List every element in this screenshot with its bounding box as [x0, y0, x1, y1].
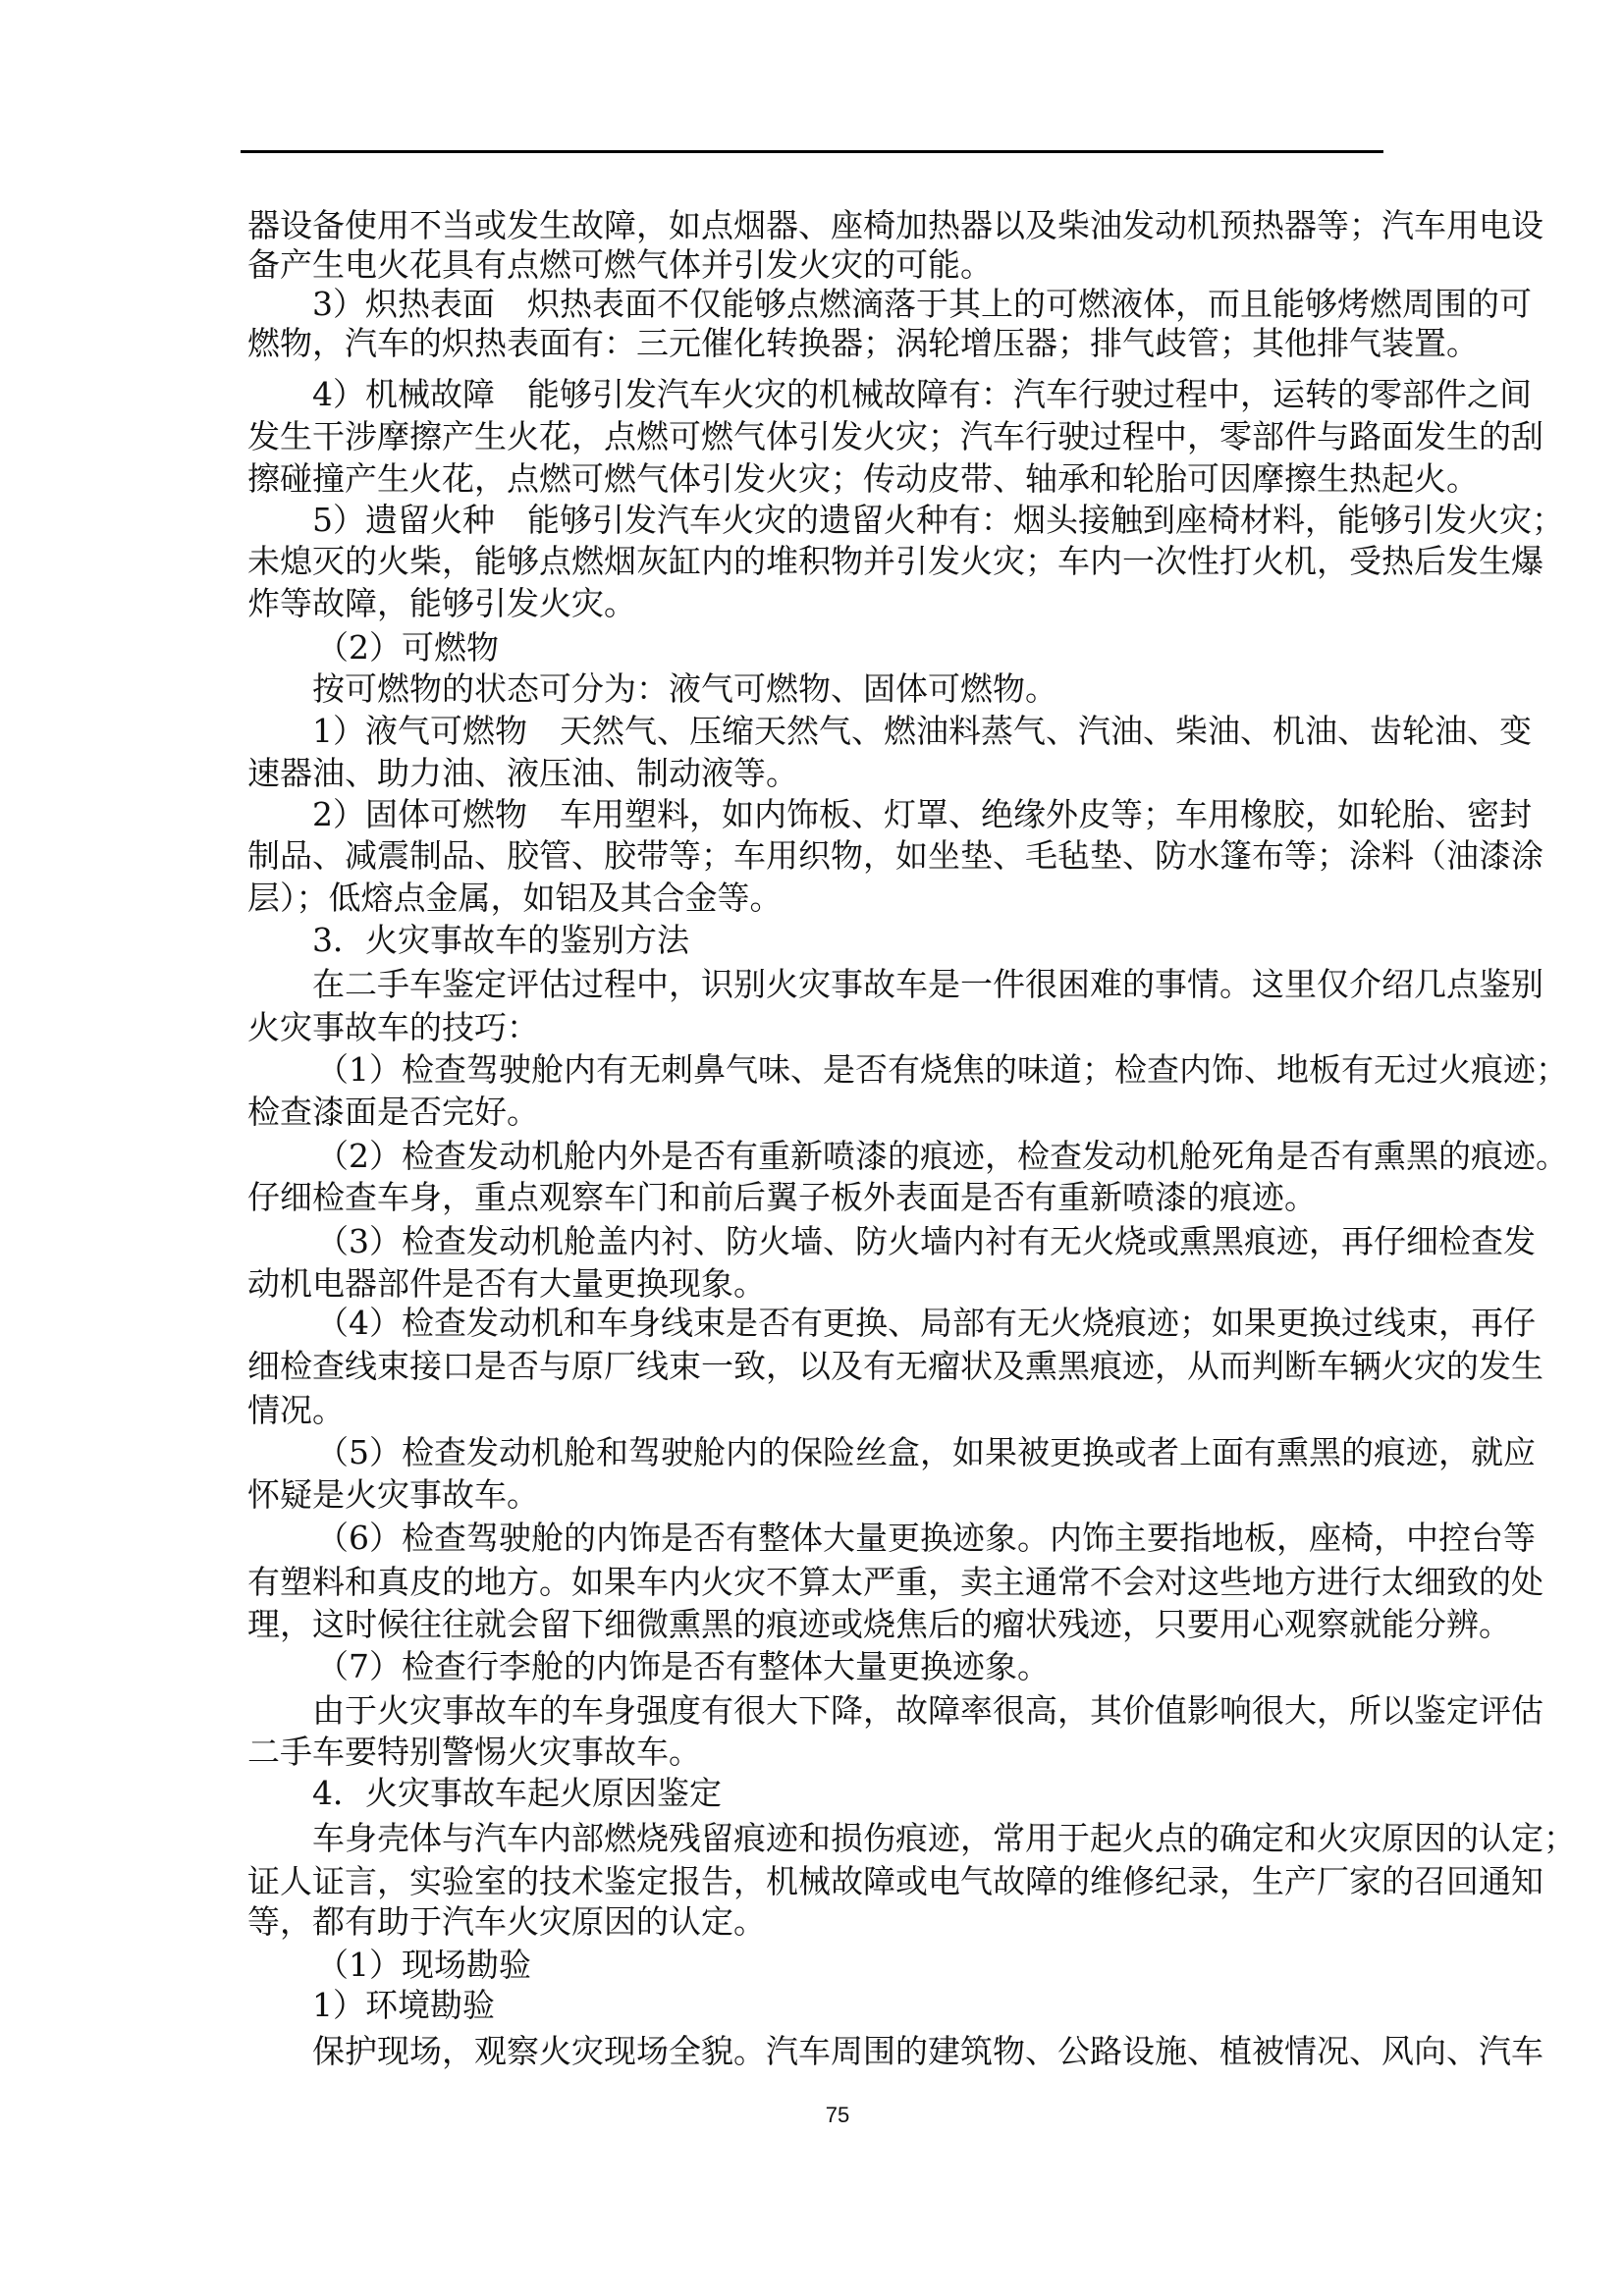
text-line: （2）检查发动机舱内外是否有重新喷漆的痕迹，检查发动机舱死角是否有熏黑的痕迹。 — [316, 1137, 1378, 1176]
text-line: 由于火灾事故车的车身强度有很大下降，故障率很高，其价值影响很大，所以鉴定评估 — [312, 1691, 1378, 1731]
text-line: 4．火灾事故车起火原因鉴定 — [312, 1774, 1378, 1813]
text-line: 发生干涉摩擦产生火花，点燃可燃气体引发火灾；汽车行驶过程中，零部件与路面发生的刮 — [247, 417, 1378, 456]
text-line: （4）检查发动机和车身线束是否有更换、局部有无火烧痕迹；如果更换过线束，再仔 — [316, 1304, 1378, 1343]
text-line: （6）检查驾驶舱的内饰是否有整体大量更换迹象。内饰主要指地板，座椅，中控台等 — [316, 1519, 1378, 1558]
text-line: 器设备使用不当或发生故障，如点烟器、座椅加热器以及柴油发动机预热器等；汽车用电设 — [247, 206, 1378, 245]
text-line: 仔细检查车身，重点观察车门和前后翼子板外表面是否有重新喷漆的痕迹。 — [247, 1178, 1378, 1217]
text-line: 3）炽热表面 炽热表面不仅能够点燃滴落于其上的可燃液体，而且能够烤燃周围的可 — [312, 285, 1378, 324]
text-line: 在二手车鉴定评估过程中，识别火灾事故车是一件很困难的事情。这里仅介绍几点鉴别 — [312, 965, 1378, 1004]
text-line: （1）检查驾驶舱内有无刺鼻气味、是否有烧焦的味道；检查内饰、地板有无过火痕迹； — [316, 1050, 1378, 1090]
text-line: 层）；低熔点金属，如铝及其合金等。 — [247, 879, 1378, 918]
text-line: 1）环境勘验 — [312, 1986, 1378, 2025]
text-line: 有塑料和真皮的地方。如果车内火灾不算太严重，卖主通常不会对这些地方进行太细致的处 — [247, 1563, 1378, 1602]
text-line: 怀疑是火灾事故车。 — [247, 1475, 1378, 1515]
text-line: 1）液气可燃物 天然气、压缩天然气、燃油料蒸气、汽油、柴油、机油、齿轮油、变 — [312, 712, 1378, 751]
text-line: （3）检查发动机舱盖内衬、防火墙、防火墙内衬有无火烧或熏黑痕迹，再仔细检查发 — [316, 1222, 1378, 1261]
text-line: （1）现场勘验 — [316, 1946, 1378, 1985]
text-line: （5）检查发动机舱和驾驶舱内的保险丝盒，如果被更换或者上面有熏黑的痕迹，就应 — [316, 1433, 1378, 1472]
text-line: 2）固体可燃物 车用塑料，如内饰板、灯罩、绝缘外皮等；车用橡胶，如轮胎、密封 — [312, 795, 1378, 834]
text-line: （2）可燃物 — [316, 628, 1378, 667]
text-line: 二手车要特别警惕火灾事故车。 — [247, 1733, 1378, 1772]
text-line: 炸等故障，能够引发火灾。 — [247, 584, 1378, 623]
text-line: 细检查线束接口是否与原厂线束一致，以及有无瘤状及熏黑痕迹，从而判断车辆火灾的发生 — [247, 1347, 1378, 1386]
text-line: 车身壳体与汽车内部燃烧残留痕迹和损伤痕迹，常用于起火点的确定和火灾原因的认定； — [312, 1819, 1378, 1858]
page-number: 75 — [812, 2103, 863, 2132]
text-line: 5）遗留火种 能够引发汽车火灾的遗留火种有：烟头接触到座椅材料，能够引发火灾； — [312, 501, 1378, 540]
text-line: 保护现场，观察火灾现场全貌。汽车周围的建筑物、公路设施、植被情况、风向、汽车 — [312, 2032, 1378, 2071]
text-line: 动机电器部件是否有大量更换现象。 — [247, 1264, 1378, 1304]
text-line: 备产生电火花具有点燃可燃气体并引发火灾的可能。 — [247, 245, 1378, 285]
text-line: 情况。 — [247, 1391, 1378, 1430]
text-line: 理，这时候往往就会留下细微熏黑的痕迹或烧焦后的瘤状残迹，只要用心观察就能分辨。 — [247, 1605, 1378, 1644]
text-line: 证人证言，实验室的技术鉴定报告，机械故障或电气故障的维修纪录，生产厂家的召回通知 — [247, 1862, 1378, 1901]
text-line: 检查漆面是否完好。 — [247, 1093, 1378, 1132]
header-rule — [241, 150, 1383, 153]
text-line: 4）机械故障 能够引发汽车火灾的机械故障有：汽车行驶过程中，运转的零部件之间 — [312, 375, 1378, 414]
text-line: 制品、减震制品、胶管、胶带等；车用织物，如坐垫、毛毡垫、防水篷布等；涂料（油漆涂 — [247, 836, 1378, 876]
text-line: 按可燃物的状态可分为：液气可燃物、固体可燃物。 — [312, 669, 1378, 709]
text-line: 火灾事故车的技巧： — [247, 1008, 1378, 1047]
text-line: 3．火灾事故车的鉴别方法 — [312, 921, 1378, 960]
text-line: 未熄灭的火柴，能够点燃烟灰缸内的堆积物并引发火灾；车内一次性打火机，受热后发生爆 — [247, 542, 1378, 581]
text-line: 速器油、助力油、液压油、制动液等。 — [247, 754, 1378, 793]
text-line: （7）检查行李舱的内饰是否有整体大量更换迹象。 — [316, 1647, 1378, 1686]
document-page: 器设备使用不当或发生故障，如点烟器、座椅加热器以及柴油发动机预热器等；汽车用电设… — [0, 0, 1624, 2296]
text-line: 燃物，汽车的炽热表面有：三元催化转换器；涡轮增压器；排气歧管；其他排气装置。 — [247, 324, 1378, 363]
text-line: 等，都有助于汽车火灾原因的认定。 — [247, 1902, 1378, 1942]
text-line: 擦碰撞产生火花，点燃可燃气体引发火灾；传动皮带、轴承和轮胎可因摩擦生热起火。 — [247, 459, 1378, 499]
